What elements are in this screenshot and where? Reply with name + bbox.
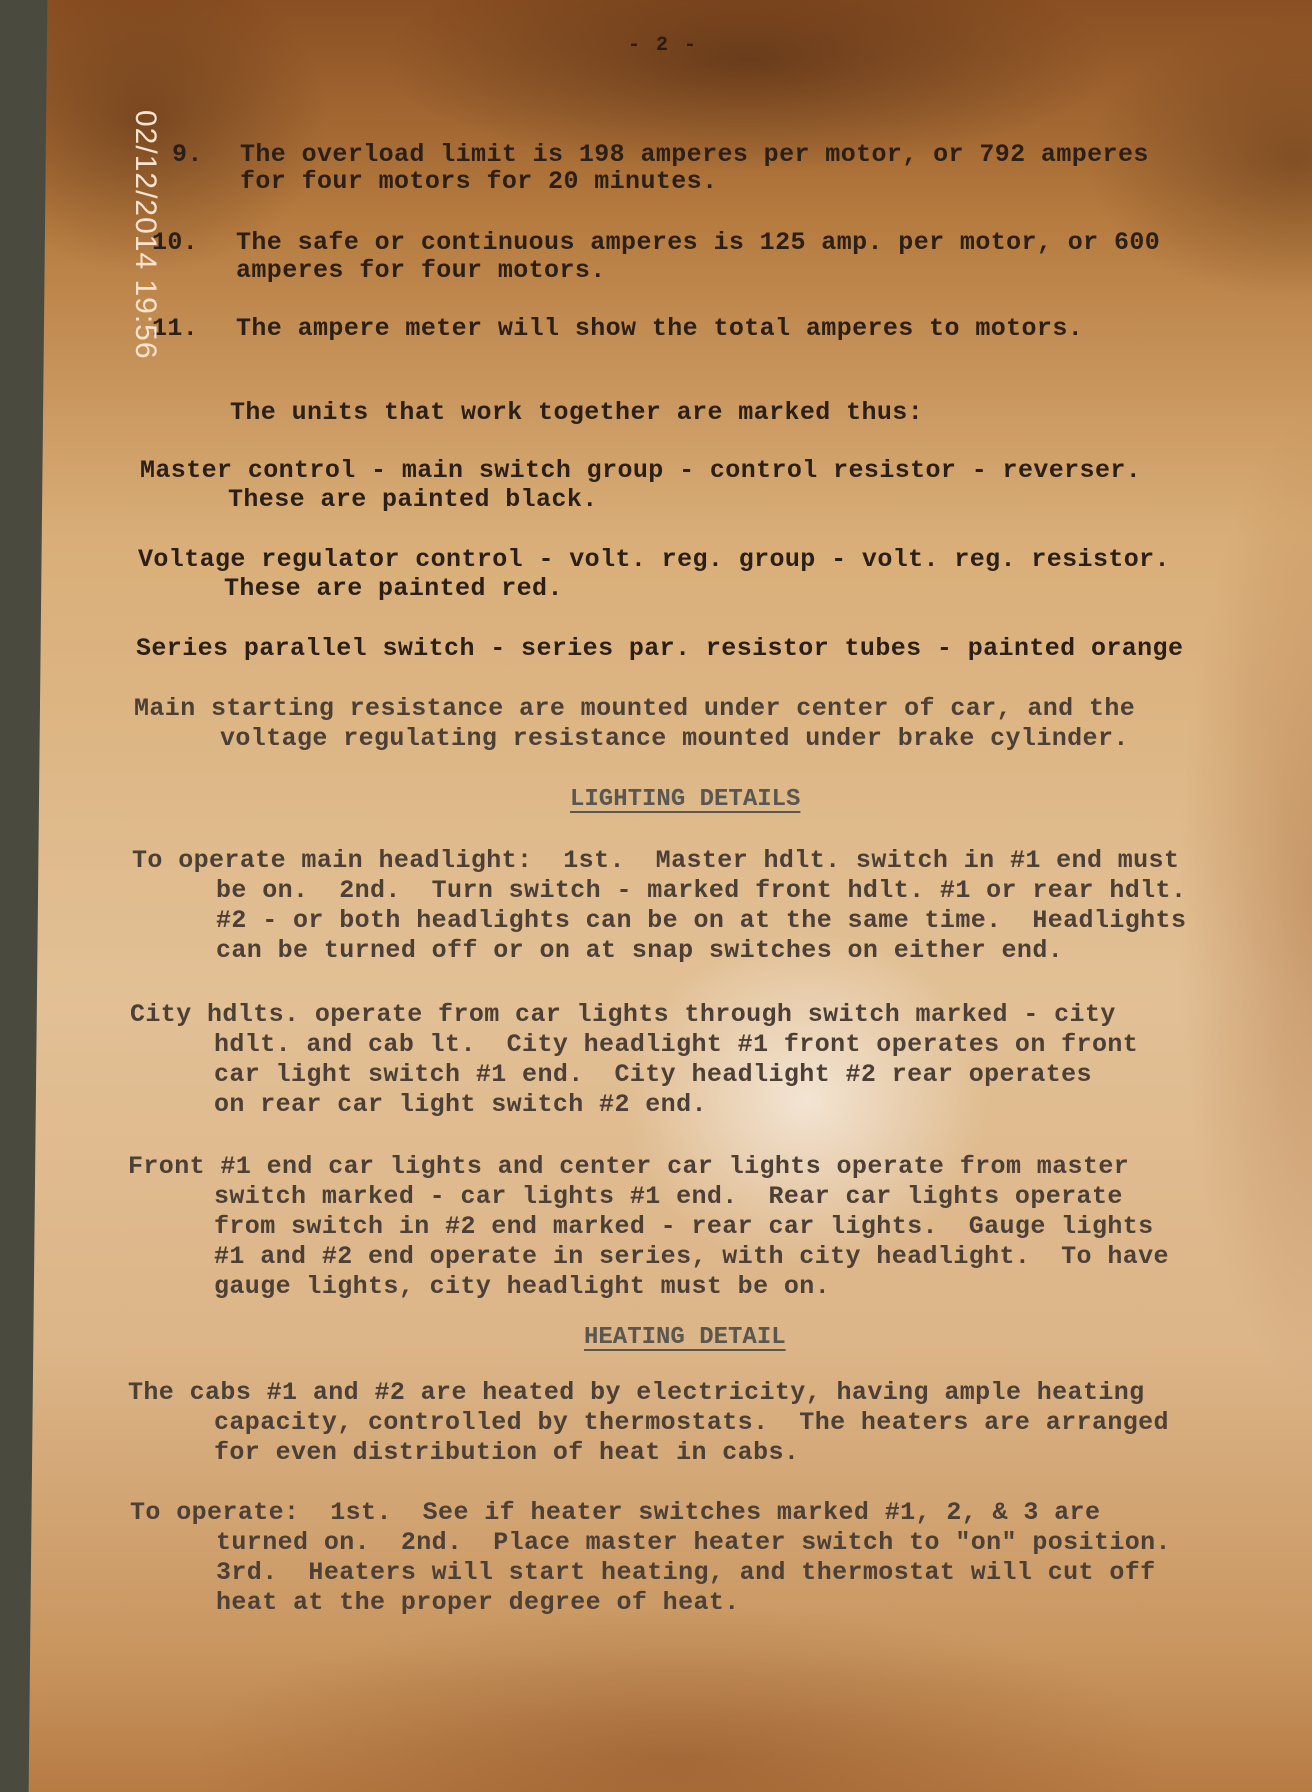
item-9-line-1: The overload limit is 198 amperes per mo… — [240, 140, 1149, 169]
unit-black-line-1: Master control - main switch group - con… — [140, 456, 1141, 485]
headlight-line-3: #2 - or both headlights can be on at the… — [216, 906, 1186, 935]
city-hdlt-line-3: car light switch #1 end. City headlight … — [214, 1060, 1092, 1089]
photo-timestamp: 02/12/2014 19:56 — [128, 110, 162, 360]
heating-cabs-line-1: The cabs #1 and #2 are heated by electri… — [128, 1378, 1145, 1407]
heating-cabs-line-2: capacity, controlled by thermostats. The… — [214, 1408, 1169, 1437]
heating-operate-line-3: 3rd. Heaters will start heating, and the… — [216, 1558, 1156, 1587]
unit-black-line-2: These are painted black. — [228, 485, 598, 514]
headlight-line-4: can be turned off or on at snap switches… — [216, 936, 1063, 965]
heating-operate-line-2: turned on. 2nd. Place master heater swit… — [216, 1528, 1171, 1557]
item-10-line-1: The safe or continuous amperes is 125 am… — [236, 228, 1160, 257]
city-hdlt-line-1: City hdlts. operate from car lights thro… — [130, 1000, 1116, 1029]
city-hdlt-line-4: on rear car light switch #2 end. — [214, 1090, 707, 1119]
heating-detail-heading: HEATING DETAIL — [584, 1324, 786, 1351]
car-lights-line-3: from switch in #2 end marked - rear car … — [214, 1212, 1154, 1241]
car-lights-line-1: Front #1 end car lights and center car l… — [128, 1152, 1129, 1181]
unit-red-line-2: These are painted red. — [224, 574, 563, 603]
units-intro: The units that work together are marked … — [230, 398, 923, 427]
headlight-line-2: be on. 2nd. Turn switch - marked front h… — [216, 876, 1186, 905]
city-hdlt-line-2: hdlt. and cab lt. City headlight #1 fron… — [214, 1030, 1138, 1059]
item-11-line-1: The ampere meter will show the total amp… — [236, 314, 1083, 343]
car-lights-line-5: gauge lights, city headlight must be on. — [214, 1272, 830, 1301]
lighting-details-heading: LIGHTING DETAILS — [570, 786, 800, 813]
item-10-line-2: amperes for four motors. — [236, 256, 606, 285]
headlight-line-1: To operate main headlight: 1st. Master h… — [132, 846, 1179, 875]
unit-orange-line-1: Series parallel switch - series par. res… — [136, 634, 1183, 663]
resistance-line-2: voltage regulating resistance mounted un… — [220, 724, 1129, 753]
item-number-9: 9. — [172, 140, 203, 169]
item-9-line-2: for four motors for 20 minutes. — [240, 167, 717, 196]
heating-operate-line-1: To operate: 1st. See if heater switches … — [130, 1498, 1100, 1527]
heating-operate-line-4: heat at the proper degree of heat. — [216, 1588, 740, 1617]
unit-red-line-1: Voltage regulator control - volt. reg. g… — [138, 545, 1170, 574]
page-number: - 2 - — [628, 34, 698, 57]
car-lights-line-2: switch marked - car lights #1 end. Rear … — [214, 1182, 1123, 1211]
car-lights-line-4: #1 and #2 end operate in series, with ci… — [214, 1242, 1169, 1271]
heating-cabs-line-3: for even distribution of heat in cabs. — [214, 1438, 799, 1467]
resistance-line-1: Main starting resistance are mounted und… — [134, 694, 1135, 723]
